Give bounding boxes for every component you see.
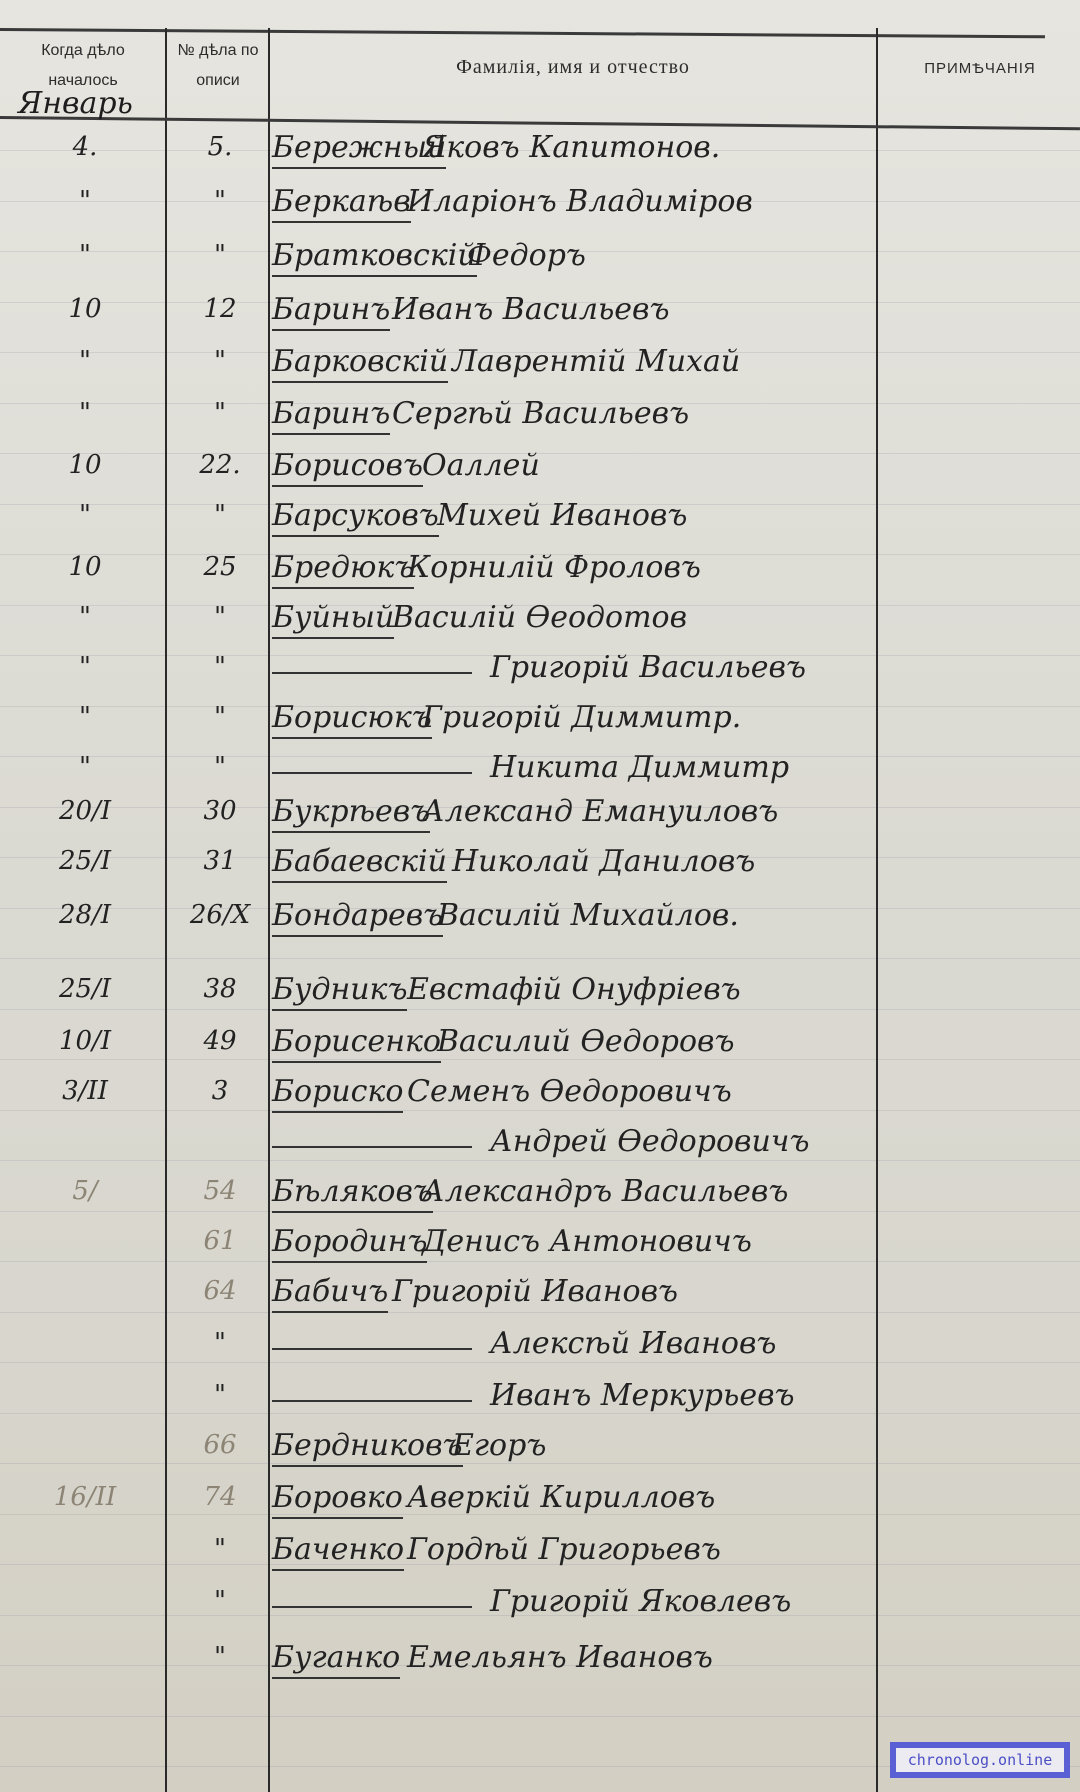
entry-case-number: 22. xyxy=(170,450,270,480)
entry-surname: Бабаевскій xyxy=(272,844,447,883)
entry-date: 20/I xyxy=(20,796,150,826)
ditto-line xyxy=(272,772,472,774)
entry-date: 10 xyxy=(20,450,150,480)
table-row: "Иванъ Меркурьевъ xyxy=(0,1376,1080,1424)
entry-date: " xyxy=(20,398,150,428)
entry-date: " xyxy=(20,186,150,216)
table-row: 4.5.БережныйЯковъ Капитонов. xyxy=(0,128,1080,176)
entry-surname: Бердниковъ xyxy=(272,1428,463,1467)
entry-given-name: Александ Емануиловъ xyxy=(422,794,778,829)
entry-given-name: Иванъ Меркурьевъ xyxy=(490,1378,795,1413)
entry-given-name: Сергѣй Васильевъ xyxy=(392,396,689,431)
entry-date: 10/I xyxy=(20,1026,150,1056)
entry-date: 16/II xyxy=(20,1482,150,1512)
entry-date: 10 xyxy=(20,552,150,582)
entry-given-name: Лаврентій Михай xyxy=(452,344,740,379)
entry-surname: Бородинъ xyxy=(272,1224,427,1263)
entry-surname: Бондаревъ xyxy=(272,898,443,937)
entry-case-number: 31 xyxy=(170,846,270,876)
table-row: Андрей Өедоровичъ xyxy=(0,1122,1080,1170)
entry-case-number: 74 xyxy=(170,1482,270,1512)
table-row: 61БородинъДенисъ Антоновичъ xyxy=(0,1222,1080,1270)
entry-surname: Баринъ xyxy=(272,292,390,331)
entry-given-name: Федоръ xyxy=(467,238,586,273)
ditto-line xyxy=(272,1146,472,1148)
entry-surname: Бережный xyxy=(272,130,446,169)
entry-date: " xyxy=(20,240,150,270)
entry-case-number: " xyxy=(170,186,270,216)
entry-surname: Букрѣевъ xyxy=(272,794,430,833)
table-row: "Алексѣй Ивановъ xyxy=(0,1324,1080,1372)
entry-given-name: Никита Диммитр xyxy=(490,750,789,785)
entry-case-number: 38 xyxy=(170,974,270,1004)
entry-date: 5/ xyxy=(20,1176,150,1206)
header-full-name: Фамилія, имя и отчество xyxy=(270,56,876,79)
entry-case-number: " xyxy=(170,752,270,782)
entry-given-name: Иванъ Васильевъ xyxy=(392,292,670,327)
entry-given-name: Яковъ Капитонов. xyxy=(422,130,720,165)
entry-date: 25/I xyxy=(20,974,150,1004)
entry-case-number: 66 xyxy=(170,1430,270,1460)
entry-given-name: Андрей Өедоровичъ xyxy=(490,1124,809,1159)
header-notes: ПРИМѢЧАНІЯ xyxy=(880,60,1080,77)
entry-given-name: Василій Михайлов. xyxy=(437,898,739,933)
entry-given-name: Аверкій Кирилловъ xyxy=(407,1480,715,1515)
entry-given-name: Егоръ xyxy=(452,1428,546,1463)
ditto-line xyxy=(272,1606,472,1608)
table-row: 1025БредюкъКорнилій Фроловъ xyxy=(0,548,1080,596)
entry-case-number: 54 xyxy=(170,1176,270,1206)
entry-case-number: 25 xyxy=(170,552,270,582)
entry-case-number: 49 xyxy=(170,1026,270,1056)
entry-surname: Бабичъ xyxy=(272,1274,388,1313)
entry-given-name: Григорій Диммитр. xyxy=(422,700,741,735)
entry-surname: Будникъ xyxy=(272,972,407,1011)
ruled-line xyxy=(0,1716,1080,1717)
entry-case-number: 5. xyxy=(170,132,270,162)
entry-surname: Барсуковъ xyxy=(272,498,439,537)
table-row: ""БарсуковъМихей Ивановъ xyxy=(0,496,1080,544)
month-label: Январь xyxy=(18,86,133,121)
entry-case-number: " xyxy=(170,702,270,732)
entry-date: 4. xyxy=(20,132,150,162)
entry-given-name: Василій Өеодотов xyxy=(392,600,687,635)
entry-date: 10 xyxy=(20,294,150,324)
entry-given-name: Григорій Васильевъ xyxy=(490,650,806,685)
table-row: "БуганкоЕмельянъ Ивановъ xyxy=(0,1638,1080,1686)
table-row: 10/I49БорисенкоВасилий Өедоровъ xyxy=(0,1022,1080,1070)
table-row: 1022.БорисовъОаллей xyxy=(0,446,1080,494)
entry-surname: Борисовъ xyxy=(272,448,423,487)
entry-given-name: Григорій Яковлевъ xyxy=(490,1584,791,1619)
table-row: 28/I26/XБондаревъВасилій Михайлов. xyxy=(0,896,1080,944)
entry-given-name: Иларіонъ Владимiров xyxy=(407,184,753,219)
entry-given-name: Гордѣй Григорьевъ xyxy=(407,1532,721,1567)
entry-case-number: 64 xyxy=(170,1276,270,1306)
entry-case-number: 12 xyxy=(170,294,270,324)
entry-date: 28/I xyxy=(20,900,150,930)
table-row: 16/II74БоровкоАверкій Кирилловъ xyxy=(0,1478,1080,1526)
table-row: ""Григорій Васильевъ xyxy=(0,648,1080,696)
entry-case-number: 61 xyxy=(170,1226,270,1256)
entry-surname: Борисюкъ xyxy=(272,700,432,739)
table-row: 5/54БѣляковъАлександръ Васильевъ xyxy=(0,1172,1080,1220)
entry-given-name: Семенъ Өедоровичъ xyxy=(407,1074,732,1109)
entry-case-number: " xyxy=(170,652,270,682)
entry-given-name: Александръ Васильевъ xyxy=(422,1174,788,1209)
entry-date: " xyxy=(20,702,150,732)
entry-case-number: 26/X xyxy=(170,900,270,930)
watermark-badge: chronolog.online xyxy=(890,1742,1070,1778)
ruled-line xyxy=(0,958,1080,959)
entry-case-number: " xyxy=(170,1642,270,1672)
entry-surname: Борисенко xyxy=(272,1024,441,1063)
table-row: ""БуйныйВасилій Өеодотов xyxy=(0,598,1080,646)
entry-surname: Бориско xyxy=(272,1074,403,1113)
entry-case-number: " xyxy=(170,346,270,376)
entry-surname: Барковскій xyxy=(272,344,448,383)
ditto-line xyxy=(272,672,472,674)
header-case-number: № дѣла по описи xyxy=(168,36,268,96)
entry-surname: Братковскій xyxy=(272,238,477,277)
entry-date: " xyxy=(20,602,150,632)
entry-surname: Бѣляковъ xyxy=(272,1174,433,1213)
entry-case-number: " xyxy=(170,1328,270,1358)
entry-date: " xyxy=(20,346,150,376)
table-row: 1012БаринъИванъ Васильевъ xyxy=(0,290,1080,338)
entry-case-number: 30 xyxy=(170,796,270,826)
entry-surname: Буганко xyxy=(272,1640,400,1679)
entry-date: 3/II xyxy=(20,1076,150,1106)
entry-surname: Беркаѣв xyxy=(272,184,411,223)
entry-case-number: " xyxy=(170,1586,270,1616)
table-row: "БаченкоГордѣй Григорьевъ xyxy=(0,1530,1080,1578)
entry-given-name: Емельянъ Ивановъ xyxy=(407,1640,713,1675)
entry-date: 25/I xyxy=(20,846,150,876)
entry-given-name: Корнилій Фроловъ xyxy=(407,550,701,585)
entry-case-number: 3 xyxy=(170,1076,270,1106)
entry-surname: Бредюкъ xyxy=(272,550,414,589)
ditto-line xyxy=(272,1400,472,1402)
table-row: ""БаринъСергѣй Васильевъ xyxy=(0,394,1080,442)
table-row: 20/I30БукрѣевъАлександ Емануиловъ xyxy=(0,792,1080,840)
entry-given-name: Алексѣй Ивановъ xyxy=(490,1326,776,1361)
entry-given-name: Евстафій Онуфрiевъ xyxy=(407,972,741,1007)
entry-given-name: Григорій Ивановъ xyxy=(392,1274,678,1309)
entry-date: " xyxy=(20,752,150,782)
table-row: ""БеркаѣвИларіонъ Владимiров xyxy=(0,182,1080,230)
entry-case-number: " xyxy=(170,500,270,530)
entry-given-name: Денисъ Антоновичъ xyxy=(422,1224,752,1259)
table-row: 25/I31БабаевскійНиколай Даниловъ xyxy=(0,842,1080,890)
ditto-line xyxy=(272,1348,472,1350)
entry-case-number: " xyxy=(170,398,270,428)
table-row: 3/II3БорискоСеменъ Өедоровичъ xyxy=(0,1072,1080,1120)
table-row: ""Никита Диммитр xyxy=(0,748,1080,796)
entry-surname: Буйный xyxy=(272,600,394,639)
table-row: ""БарковскійЛаврентій Михай xyxy=(0,342,1080,390)
entry-case-number: " xyxy=(170,1380,270,1410)
table-row: ""БратковскійФедоръ xyxy=(0,236,1080,284)
entry-date: " xyxy=(20,652,150,682)
table-row: 25/I38БудникъЕвстафій Онуфрiевъ xyxy=(0,970,1080,1018)
table-row: "Григорій Яковлевъ xyxy=(0,1582,1080,1630)
entry-case-number: " xyxy=(170,1534,270,1564)
entry-case-number: " xyxy=(170,602,270,632)
watermark-text: chronolog.online xyxy=(896,1748,1064,1772)
entry-date: " xyxy=(20,500,150,530)
entry-surname: Баченко xyxy=(272,1532,404,1571)
entry-case-number: " xyxy=(170,240,270,270)
entry-surname: Боровко xyxy=(272,1480,403,1519)
entry-surname: Баринъ xyxy=(272,396,390,435)
entry-given-name: Василий Өедоровъ xyxy=(437,1024,734,1059)
table-row: 66БердниковъЕгоръ xyxy=(0,1426,1080,1474)
entry-given-name: Оаллей xyxy=(422,448,540,483)
entry-given-name: Николай Даниловъ xyxy=(452,844,755,879)
table-row: 64БабичъГригорій Ивановъ xyxy=(0,1272,1080,1320)
ledger-page: Когда дѣло началось № дѣла по описи Фами… xyxy=(0,0,1080,1792)
table-row: ""БорисюкъГригорій Диммитр. xyxy=(0,698,1080,746)
entry-given-name: Михей Ивановъ xyxy=(437,498,687,533)
